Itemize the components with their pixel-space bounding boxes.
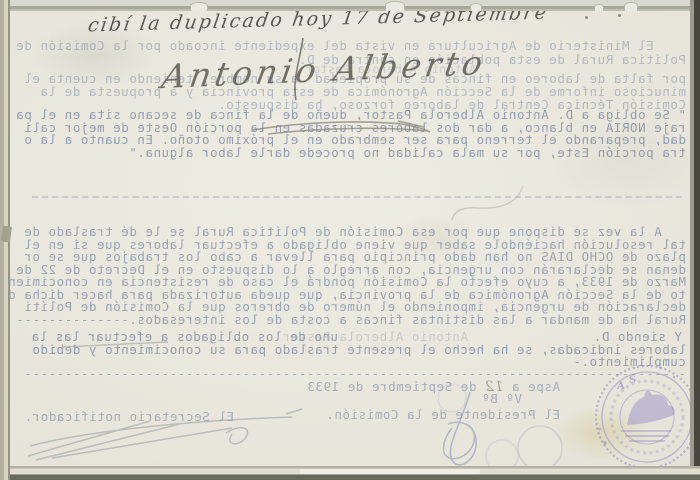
paper-tab [624,2,638,11]
typed-president-label: El Presidente de la Comisión. [326,407,560,422]
scanned-document-photo: El Ministerio de Agricultura en vista de… [0,0,700,480]
typed-dateline: Aspe a 12 de Septiembre de 1933 [307,381,560,393]
paragraph-4: Y siendo D. Antonio Alberola Pastor uno … [6,331,692,371]
dateline-rest: de Septiembre de 1933 [307,379,485,394]
paper-tab [190,2,208,11]
right-page-edge [690,0,700,480]
bottom-pages-edge [0,466,700,480]
typed-line: Rural ha de mandar a las distintas finca… [16,314,686,326]
pin-hole [585,16,588,19]
typed-secretary-label: El Secretario notificador. [24,409,234,424]
paper-tab [594,4,604,11]
underlying-page-sliver [300,469,480,474]
bleed-dashed-band [32,196,682,198]
paper-tab [470,3,482,11]
typed-vo-bo: Vº Bº [482,391,522,406]
typed-line: tra porción Este, por su mala calidad no… [129,147,686,159]
pin-hole [618,14,621,17]
paper-tab [385,1,405,11]
